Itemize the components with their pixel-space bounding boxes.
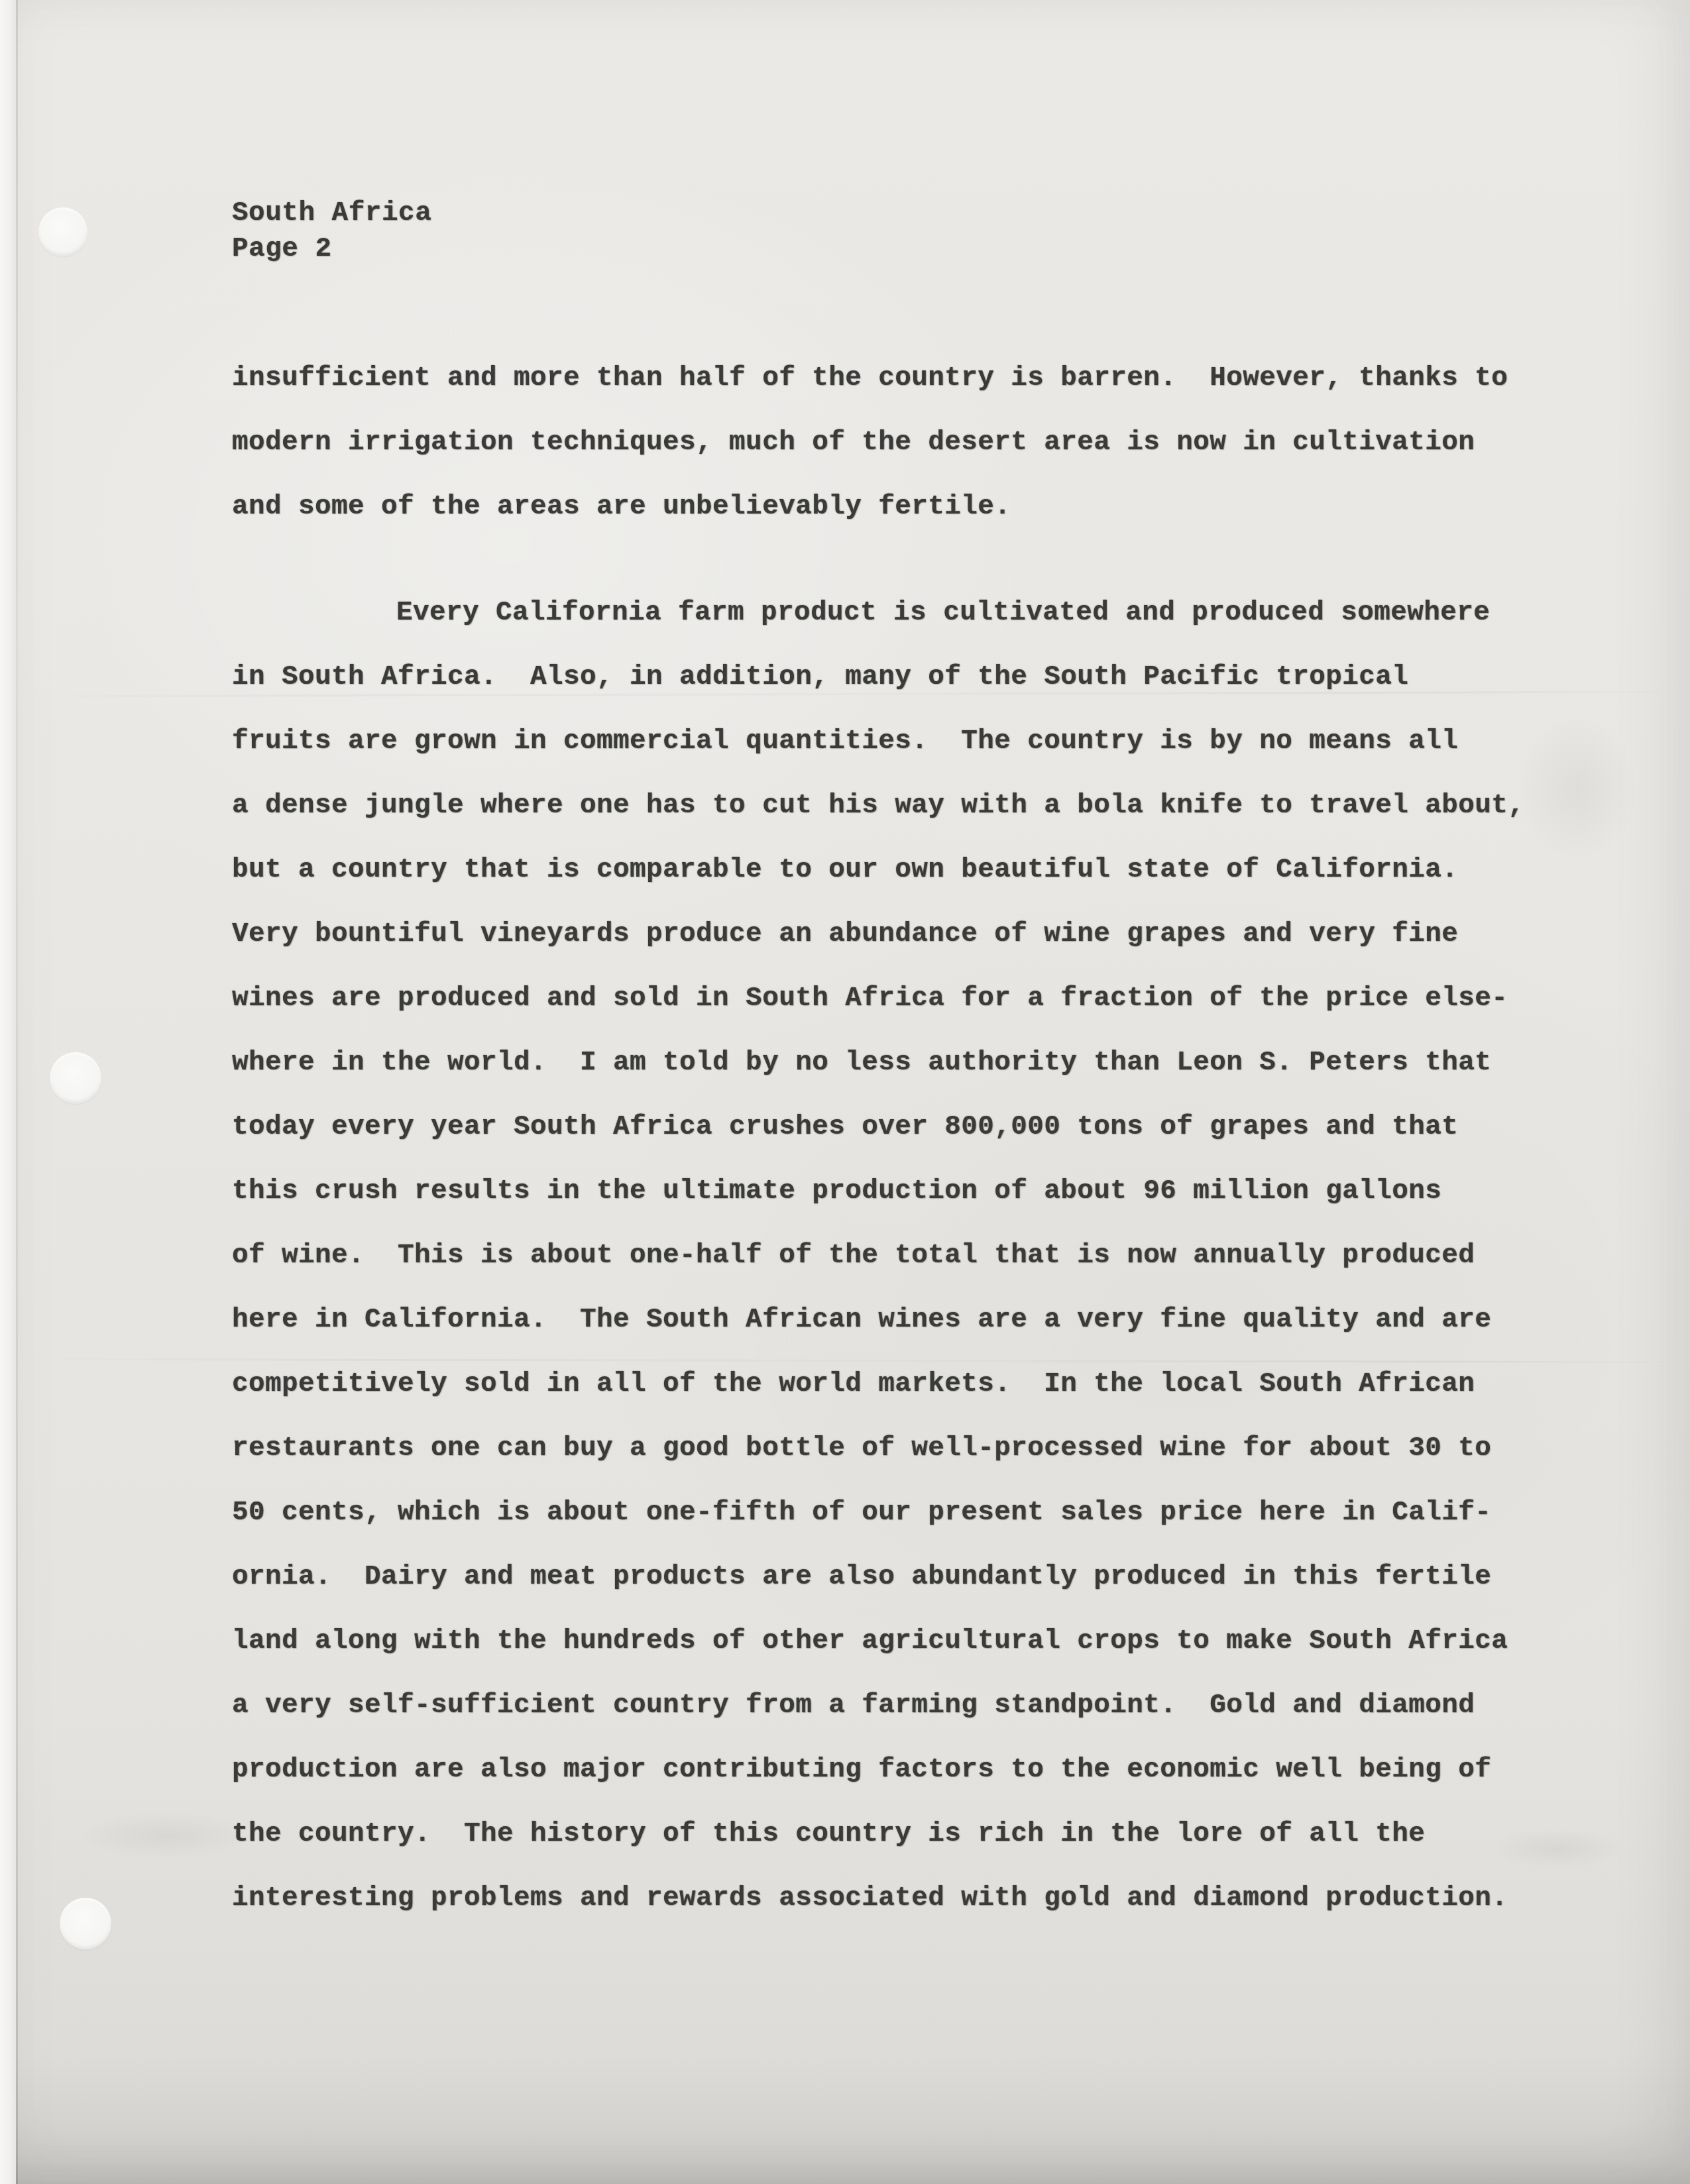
text-line: where in the world. I am told by no less… — [232, 1031, 1531, 1095]
text-line: interesting problems and rewards associa… — [232, 1867, 1531, 1931]
text-line: modern irrigation techniques, much of th… — [232, 411, 1531, 475]
punch-hole — [38, 207, 87, 256]
paragraph: insufficient and more than half of the c… — [232, 347, 1531, 539]
text-line: of wine. This is about one-half of the t… — [232, 1224, 1531, 1288]
text-line: but a country that is comparable to our … — [232, 838, 1531, 902]
scan-artifact — [80, 1812, 252, 1859]
page-header: South Africa Page 2 — [232, 195, 1531, 267]
text-line: this crush results in the ultimate produ… — [232, 1160, 1531, 1224]
text-line: in South Africa. Also, in addition, many… — [232, 645, 1531, 710]
typewritten-content: South Africa Page 2 insufficient and mor… — [232, 195, 1531, 1931]
scan-edge-strip — [0, 0, 16, 2184]
text-line: Every California farm product is cultiva… — [232, 581, 1531, 645]
header-page-number: Page 2 — [232, 231, 1531, 267]
text-line: wines are produced and sold in South Afr… — [232, 967, 1531, 1031]
text-line: the country. The history of this country… — [232, 1802, 1531, 1867]
text-line: competitively sold in all of the world m… — [232, 1352, 1531, 1417]
text-line: fruits are grown in commercial quantitie… — [232, 710, 1531, 774]
text-line: a dense jungle where one has to cut his … — [232, 774, 1531, 838]
text-line: production are also major contributing f… — [232, 1738, 1531, 1802]
text-line: and some of the areas are unbelievably f… — [232, 475, 1531, 539]
text-line: Very bountiful vineyards produce an abun… — [232, 902, 1531, 967]
scan-artifact — [1518, 716, 1637, 861]
header-title: South Africa — [232, 195, 1531, 231]
text-line: here in California. The South African wi… — [232, 1288, 1531, 1352]
text-line: insufficient and more than half of the c… — [232, 347, 1531, 411]
punch-hole — [50, 1052, 101, 1104]
paragraph: Every California farm product is cultiva… — [232, 581, 1531, 1931]
text-line: restaurants one can buy a good bottle of… — [232, 1417, 1531, 1481]
text-line: land along with the hundreds of other ag… — [232, 1610, 1531, 1674]
text-line: ornia. Dairy and meat products are also … — [232, 1545, 1531, 1610]
document-body: insufficient and more than half of the c… — [232, 347, 1531, 1931]
scanned-document-page: South Africa Page 2 insufficient and mor… — [0, 0, 1690, 2184]
scan-edge-shadow — [16, 0, 18, 2184]
punch-hole — [60, 1898, 111, 1949]
text-line: a very self-sufficient country from a fa… — [232, 1674, 1531, 1738]
text-line: 50 cents, which is about one-fifth of ou… — [232, 1481, 1531, 1545]
text-line: today every year South Africa crushes ov… — [232, 1095, 1531, 1160]
